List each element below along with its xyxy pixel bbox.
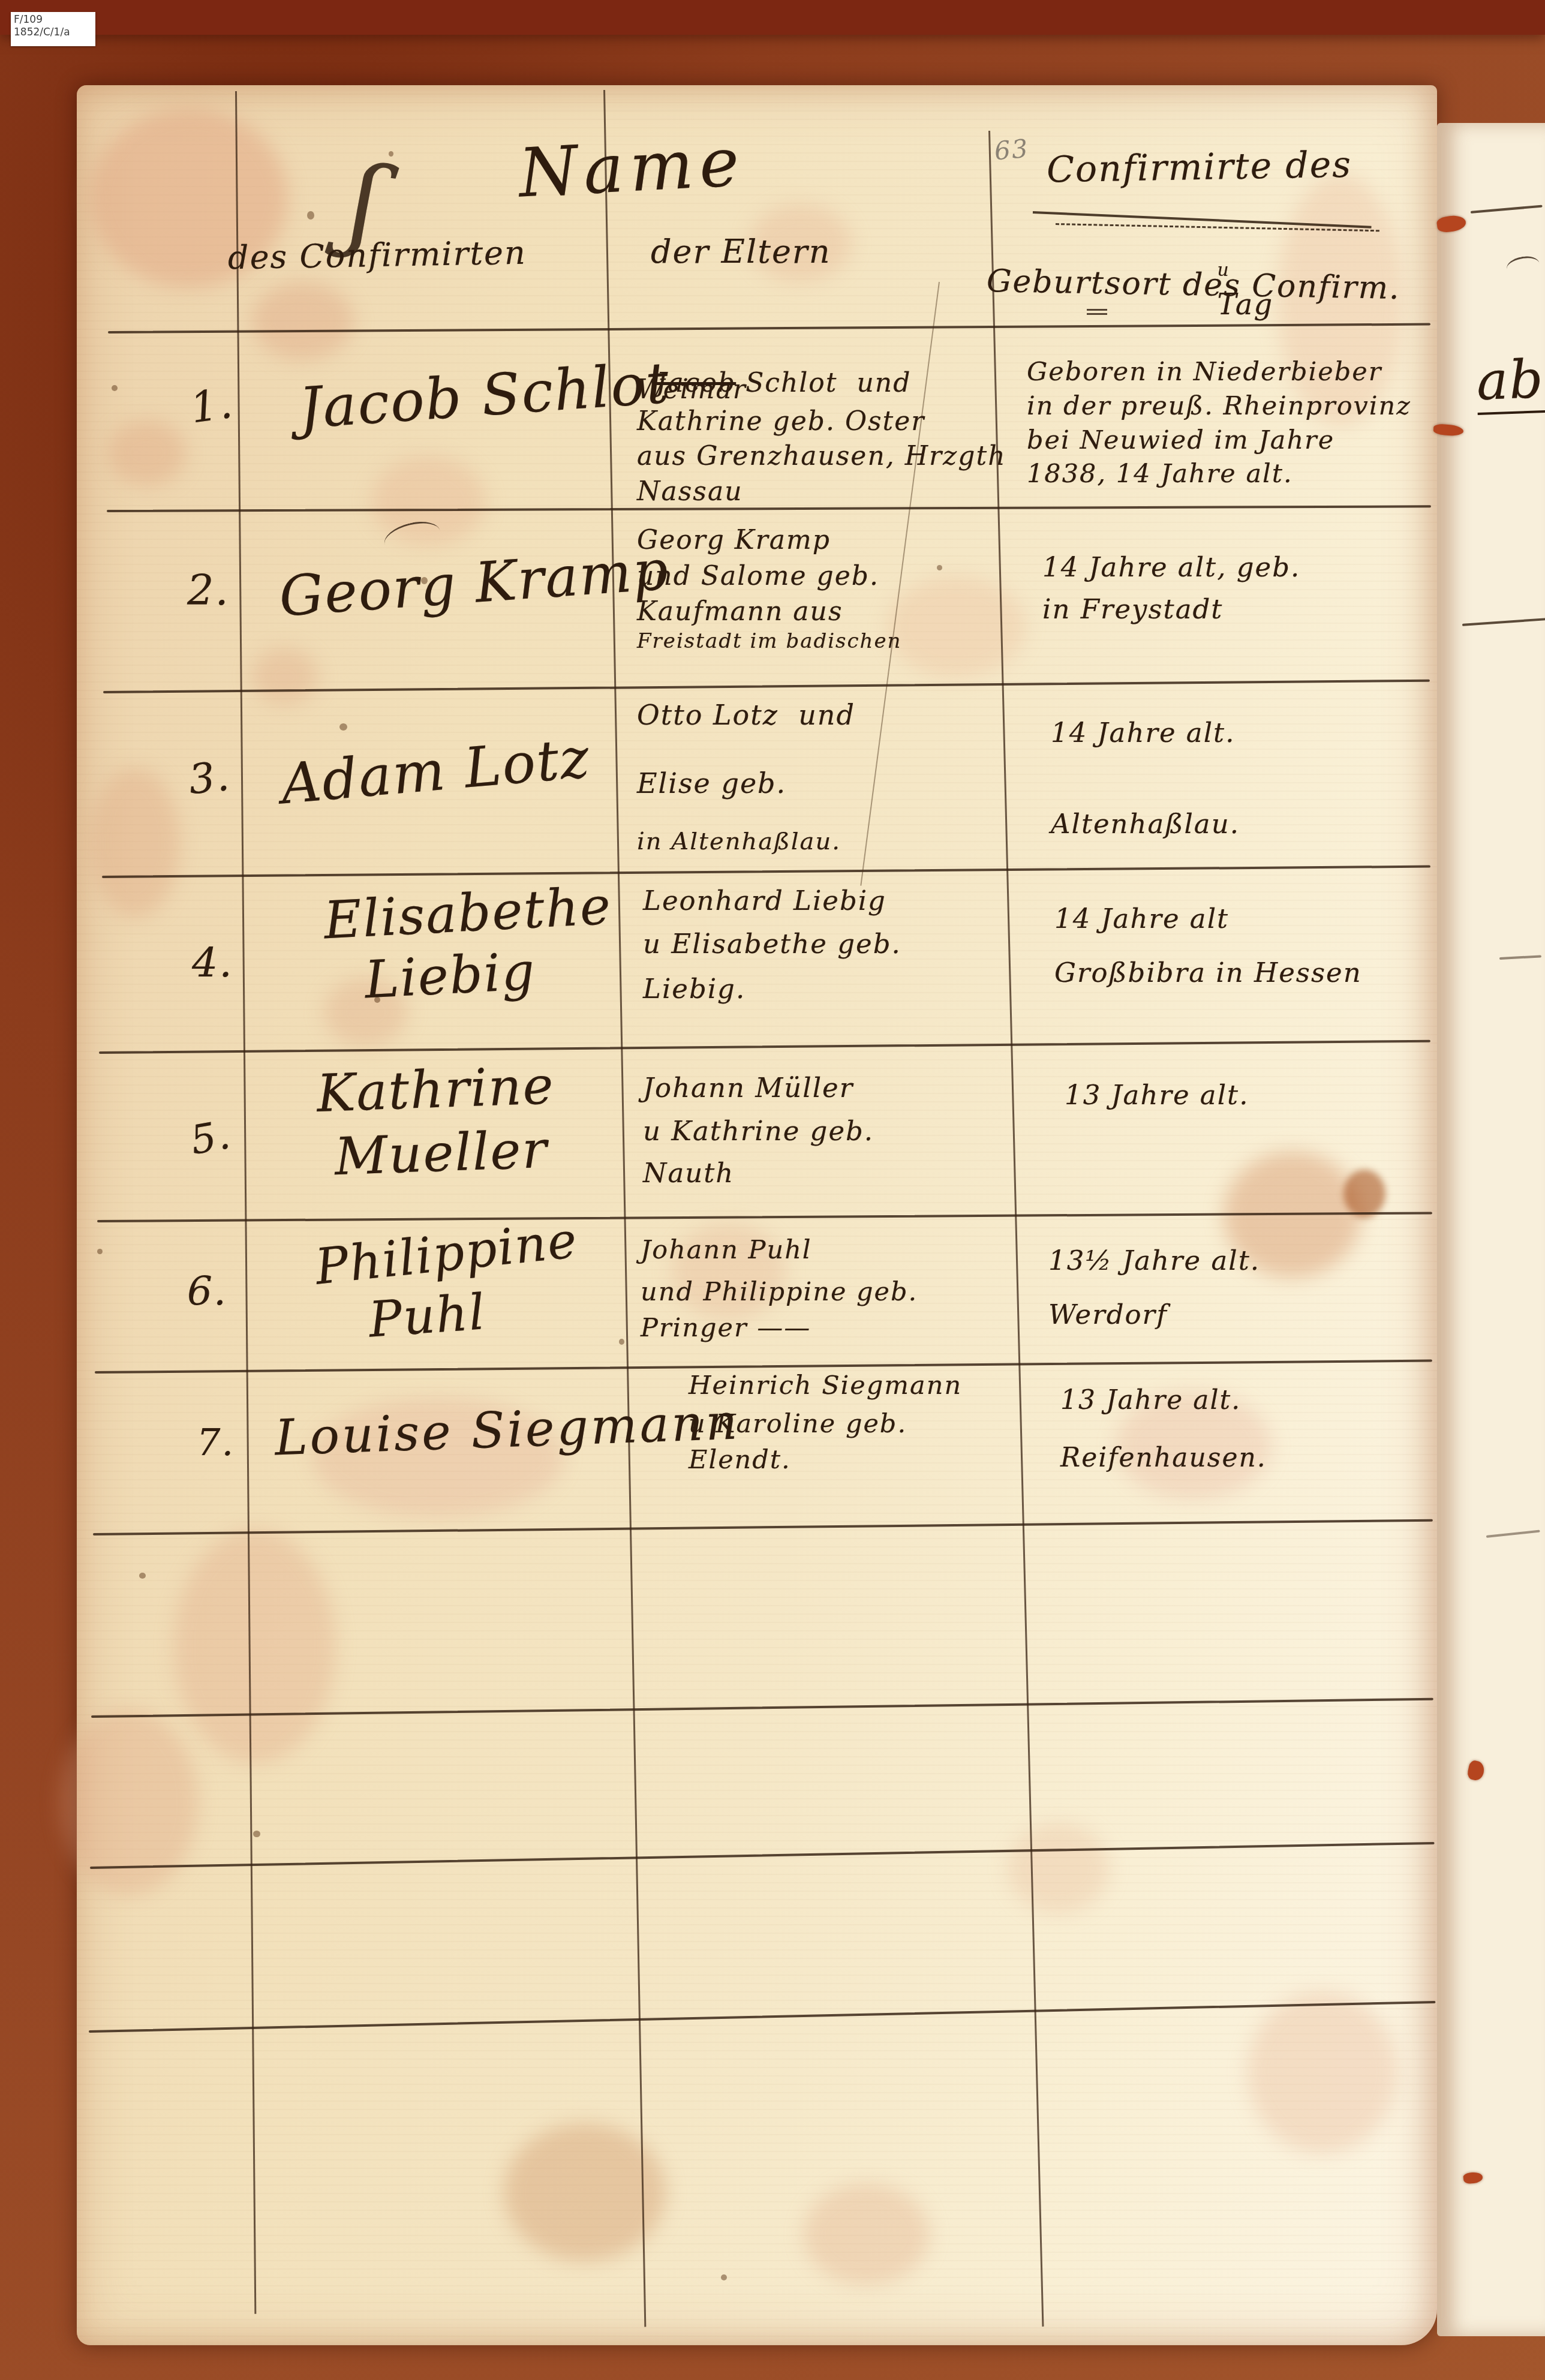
parents-line: Elendt. bbox=[689, 1447, 791, 1474]
row-number: 6. bbox=[187, 1270, 227, 1312]
stain bbox=[252, 282, 354, 360]
birth-line: Geboren in Niederbieber bbox=[1027, 359, 1382, 386]
birth-line: bei Neuwied im Jahre bbox=[1027, 427, 1334, 454]
parents-line: Freistadt im badischen bbox=[637, 631, 901, 653]
header-right-title: Confirmirte des bbox=[1046, 146, 1352, 190]
stain bbox=[1008, 1823, 1110, 1913]
birth-line: in Freystadt bbox=[1042, 595, 1223, 623]
speckle bbox=[619, 1339, 624, 1345]
scanned-register-page: { "archival_label": { "line1": "F/109", … bbox=[0, 0, 1545, 2380]
parents-line: u Elisabethe geb. bbox=[643, 930, 901, 958]
birth-line: 13 Jahre alt. bbox=[1065, 1081, 1249, 1109]
facing-page-note: ab bbox=[1475, 351, 1545, 415]
parents-line: und Salome geb. bbox=[637, 563, 879, 590]
parents-line: in Altenhaßlau. bbox=[637, 829, 841, 854]
row-number: 1. bbox=[188, 381, 236, 431]
header-right-subtitle: Geburtsort des Confirm. bbox=[987, 265, 1400, 305]
birth-line: Werdorf bbox=[1048, 1300, 1168, 1329]
stain bbox=[1343, 1170, 1385, 1218]
archival-label: F/109 1852/C/1/a bbox=[11, 12, 95, 46]
parents-line: Liebig. bbox=[643, 975, 746, 1003]
parents-line: u Kathrine geb. bbox=[643, 1117, 874, 1145]
row-number: 7. bbox=[197, 1423, 235, 1462]
row-number: 3. bbox=[187, 755, 232, 802]
confirmand-name: Liebig bbox=[363, 945, 537, 1008]
parents-line: aus Grenzhausen, Hrzgth bbox=[637, 443, 1006, 470]
birth-line: 14 Jahre alt bbox=[1054, 904, 1229, 933]
stain bbox=[888, 576, 1026, 678]
facing-page-edge bbox=[1437, 123, 1545, 2336]
stain bbox=[90, 768, 180, 918]
speckle bbox=[389, 151, 393, 157]
archival-label-line1: F/109 bbox=[14, 14, 91, 26]
parents-line: Heinrich Siegmann bbox=[689, 1372, 962, 1399]
speckle bbox=[97, 1249, 103, 1254]
birth-line: Reifenhausen. bbox=[1060, 1444, 1267, 1472]
archival-label-line2: 1852/C/1/a bbox=[14, 26, 91, 39]
birth-line: 1838, 14 Jahre alt. bbox=[1027, 461, 1293, 488]
stain bbox=[252, 648, 318, 705]
parents-line: Johann Puhl bbox=[641, 1237, 812, 1264]
parents-line: Pringer —— bbox=[641, 1315, 811, 1342]
parents-line: Leonhard Liebig bbox=[643, 887, 886, 915]
parents-line: Georg Kramp bbox=[637, 527, 831, 554]
stain bbox=[1248, 1991, 1397, 2153]
birth-line: Altenhaßlau. bbox=[1051, 810, 1240, 838]
parents-line: u Karoline geb. bbox=[689, 1411, 907, 1438]
parents-line: Otto Lotz und bbox=[637, 701, 855, 729]
confirmand-name: Kathrine bbox=[316, 1059, 555, 1121]
speckle bbox=[112, 385, 118, 391]
row-number: 5. bbox=[187, 1114, 234, 1162]
birth-line: 14 Jahre alt. bbox=[1051, 719, 1235, 747]
birth-line: 14 Jahre alt, geb. bbox=[1042, 553, 1300, 581]
page-title: Name bbox=[517, 127, 747, 209]
speckle bbox=[253, 1831, 260, 1837]
confirmand-name: Puhl bbox=[367, 1287, 488, 1346]
header-col-confirmand: des Confirmirten bbox=[228, 236, 527, 275]
cover-top-band bbox=[0, 0, 1545, 35]
birth-line: Großbibra in Hessen bbox=[1054, 958, 1362, 987]
page-number-pencil: 63 bbox=[993, 136, 1030, 165]
parents-line-rest: Schlot und bbox=[736, 368, 911, 398]
speckle bbox=[139, 1573, 146, 1579]
stain bbox=[108, 420, 186, 486]
stain bbox=[804, 2183, 930, 2285]
confirmand-name: Elisabethe bbox=[323, 879, 613, 948]
parents-line: Elise geb. bbox=[637, 769, 786, 798]
speckle bbox=[721, 2274, 727, 2280]
parents-line: Johann Müller bbox=[643, 1074, 853, 1102]
speckle bbox=[339, 723, 347, 731]
birth-line: 13½ Jahre alt. bbox=[1048, 1246, 1260, 1275]
parents-line: Weimar bbox=[637, 376, 747, 404]
parents-line: Nassau bbox=[637, 478, 743, 506]
row-number: 4. bbox=[192, 942, 233, 984]
emphasis-mark bbox=[1087, 309, 1107, 315]
parents-line: Kathrine geb. Oster bbox=[637, 408, 925, 435]
row-number: 2. bbox=[187, 569, 230, 613]
speckle bbox=[307, 211, 314, 220]
stain bbox=[174, 1529, 336, 1763]
header-col-parents: der Eltern bbox=[651, 235, 831, 269]
speckle bbox=[937, 565, 942, 570]
birth-line: 13 Jahre alt. bbox=[1060, 1387, 1241, 1414]
parents-line: und Philippine geb. bbox=[641, 1279, 918, 1306]
parents-line: Kaufmann aus bbox=[637, 598, 843, 626]
parents-line: Nauth bbox=[643, 1159, 734, 1187]
birth-line: in der preuß. Rheinprovinz bbox=[1027, 393, 1411, 420]
confirmand-name: Mueller bbox=[334, 1123, 549, 1185]
